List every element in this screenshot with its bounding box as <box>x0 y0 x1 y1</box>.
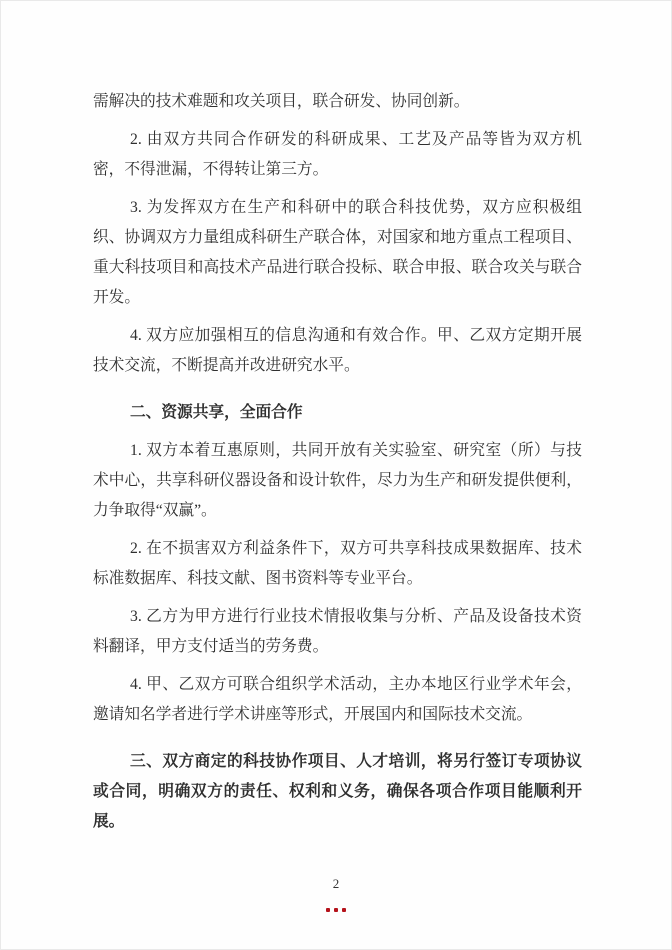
document-body: 需解决的技术难题和攻关项目，联合研发、协同创新。 2. 由双方共同合作研发的科研… <box>93 87 582 837</box>
red-dot-icon <box>342 908 346 912</box>
paragraph-item-2: 2. 由双方共同合作研发的科研成果、工艺及产品等皆为双方机密，不得泄漏，不得转让… <box>93 125 582 185</box>
paragraph-section2-item-1: 1. 双方本着互惠原则，共同开放有关实验室、研究室（所）与技术中心，共享科研仪器… <box>93 436 582 526</box>
paragraph-section2-item-2: 2. 在不损害双方利益条件下，双方可共享科技成果数据库、技术标准数据库、科技文献… <box>93 534 582 594</box>
document-page: 需解决的技术难题和攻关项目，联合研发、协同创新。 2. 由双方共同合作研发的科研… <box>0 0 672 950</box>
paragraph-section2-item-3: 3. 乙方为甲方进行行业技术情报收集与分析、产品及设备技术资料翻译，甲方支付适当… <box>93 602 582 662</box>
paragraph-item-4: 4. 双方应加强相互的信息沟通和有效合作。甲、乙双方定期开展技术交流，不断提高并… <box>93 321 582 381</box>
footer-dots-icon <box>1 908 671 912</box>
paragraph-item-3: 3. 为发挥双方在生产和科研中的联合科技优势，双方应积极组织、协调双方力量组成科… <box>93 193 582 313</box>
section-heading-2: 二、资源共享，全面合作 <box>93 398 582 428</box>
red-dot-icon <box>326 908 330 912</box>
red-dot-icon <box>334 908 338 912</box>
paragraph-continuation: 需解决的技术难题和攻关项目，联合研发、协同创新。 <box>93 87 582 117</box>
paragraph-section2-item-4: 4. 甲、乙双方可联合组织学术活动，主办本地区行业学术年会，邀请知名学者进行学术… <box>93 670 582 730</box>
page-number: 2 <box>1 877 671 891</box>
section-heading-3: 三、双方商定的科技协作项目、人才培训，将另行签订专项协议或合同，明确双方的责任、… <box>93 747 582 837</box>
